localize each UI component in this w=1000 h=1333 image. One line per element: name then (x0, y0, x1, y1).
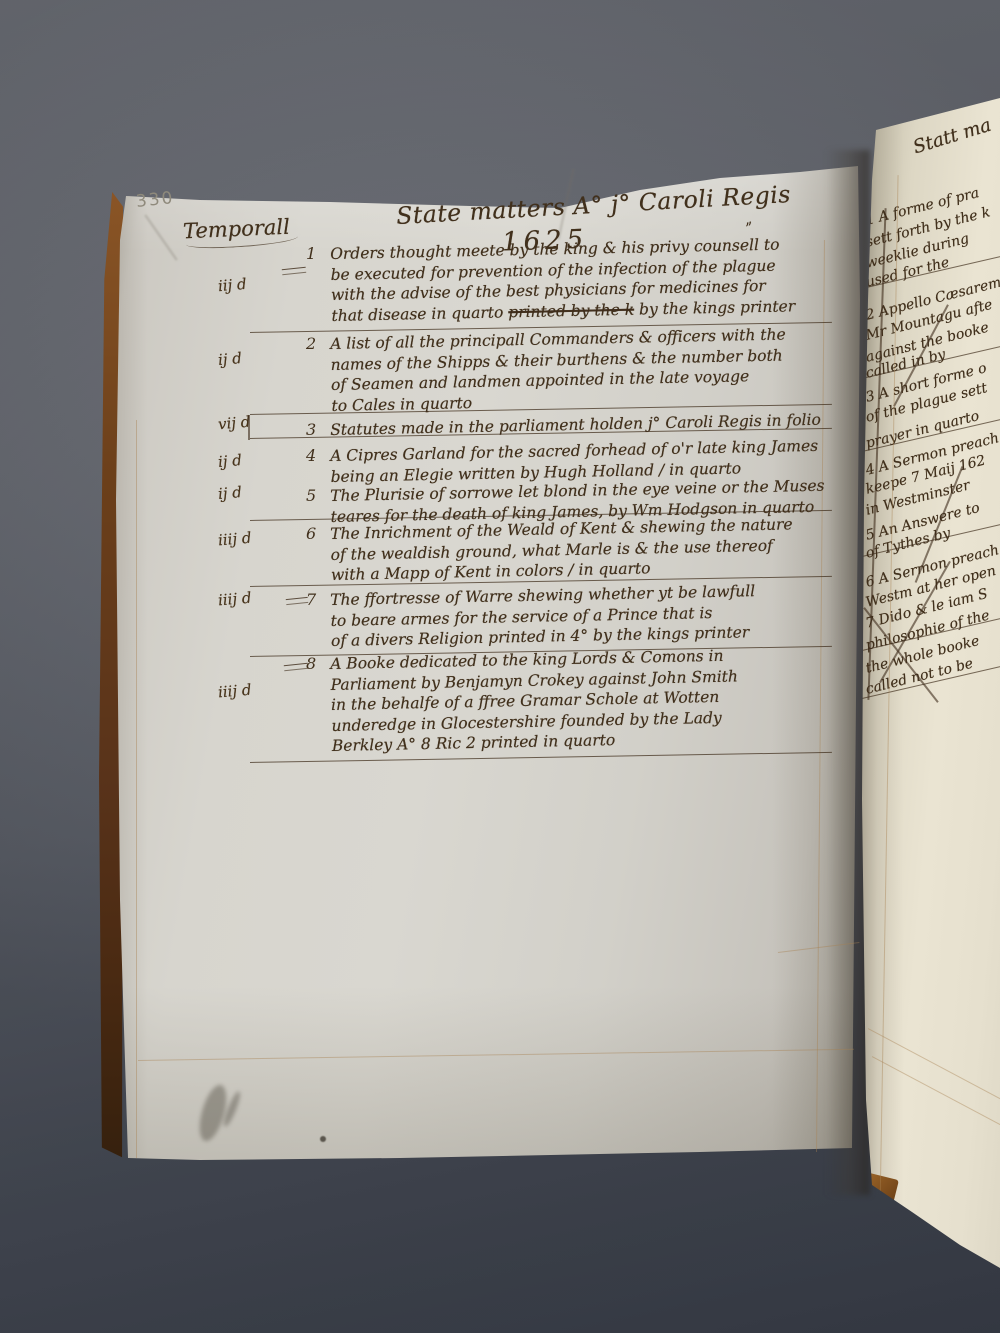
ink-speck (320, 1136, 326, 1142)
price-annotation: iij d (217, 275, 247, 295)
entry-line-text: by the kings printer (634, 297, 795, 318)
entry-number: 1 (306, 244, 316, 263)
struck-text: printed by the k (508, 300, 634, 321)
entry-number: 6 (306, 524, 316, 543)
verso-margin-rule (136, 420, 137, 1158)
recto-frame-rule (872, 1056, 1000, 1128)
price-annotation: ij d (217, 483, 242, 503)
catalogue-entry: iiij d 8 A Booke dedicated to the king L… (212, 654, 854, 757)
recto-page-edge: Statt ma 1 A forme of pra sett forth by … (854, 90, 1000, 1290)
manuscript-photo: Statt ma 1 A forme of pra sett forth by … (0, 0, 1000, 1333)
folio-number: 330 (135, 188, 175, 212)
price-annotation: ij d (217, 349, 242, 369)
entry-line-text: that disease in quarto (331, 303, 508, 325)
entry-number: 5 (306, 486, 316, 505)
catalogue-entry: ij d 2 A list of all the principall Comm… (212, 334, 854, 416)
price-annotation: ij d (217, 451, 242, 471)
rule-connector (248, 415, 250, 440)
price-annotation: iiij d (217, 681, 252, 702)
catalogue-entry: iij d 1 Orders thought meete by the king… (212, 244, 854, 326)
entry-number: 2 (306, 334, 316, 353)
entry-number: 4 (306, 446, 316, 465)
catalogue-entry: iiij d 7 The ffortresse of Warre shewing… (212, 590, 854, 652)
price-annotation: iiij d (217, 529, 252, 550)
recto-running-title: Statt ma (911, 115, 994, 159)
price-annotation: iiij d (217, 589, 252, 610)
price-annotation: vij d (217, 413, 251, 434)
